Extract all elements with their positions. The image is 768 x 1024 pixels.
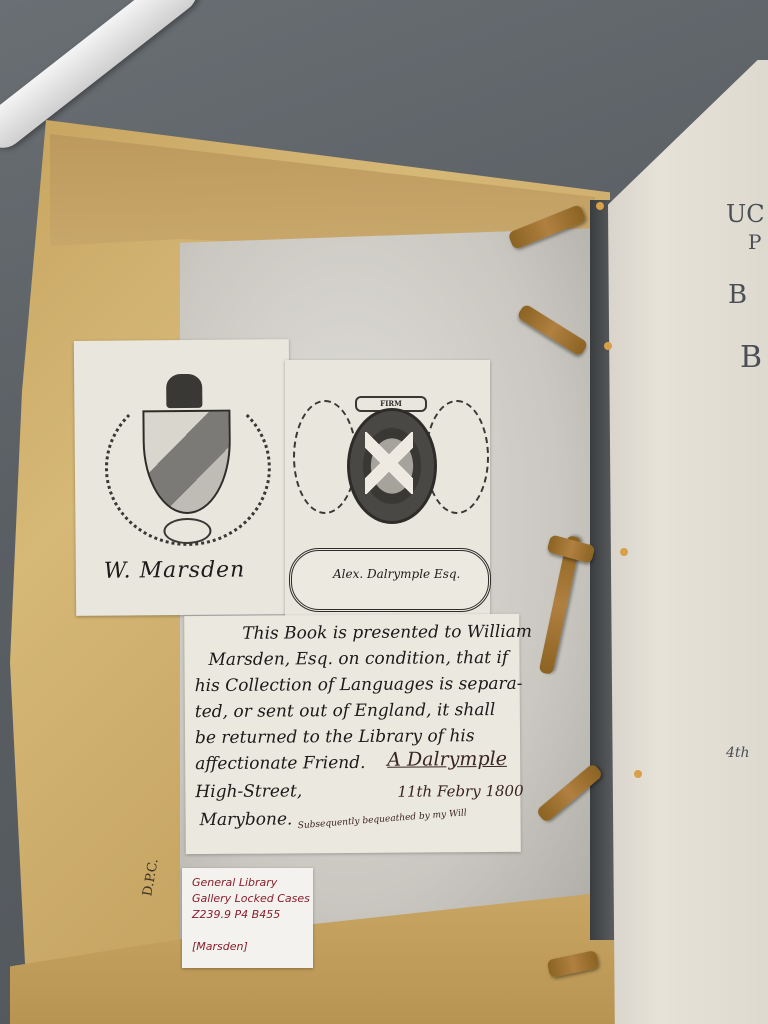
label-line: his Collection of Languages is separa- [195,674,523,696]
brass-pin [634,770,642,778]
label-line: be returned to the Library of his [195,726,475,748]
label-line: Marsden, Esq. on condition, that if [208,648,508,670]
presentation-label: This Book is presented to William Marsde… [184,614,521,854]
saltire-icon [365,432,413,494]
pencil-mark-b: B [728,280,747,310]
right-flyleaf: UC P B B 4th [608,60,768,1024]
shelfmark-line: [Marsden] [192,940,248,953]
date: 11th Febry 1800 [397,782,523,801]
label-line: ted, or sent out of England, it shall [195,700,496,722]
shelfmark-line: Z239.9 P4 B455 [192,908,280,921]
shelfmark-line: General Library [192,876,277,889]
pencil-mark-p: P [748,230,761,254]
helm-crest-icon [166,374,202,408]
signature: A Dalrymple [387,748,507,771]
bequest-annotation: Subsequently bequeathed by my Will [297,808,467,831]
brass-pin [604,342,612,350]
label-line: This Book is presented to William [242,622,532,644]
brass-pin [620,548,628,556]
bookplate-dalrymple: FIRM Alex. Dalrymple Esq. [285,360,490,622]
pencil-mark-uc: UC [726,200,765,228]
bookplate-marsden: W. Marsden [74,339,291,616]
shelfmark-line: Gallery Locked Cases [192,892,310,905]
address-line: High-Street, [195,781,302,802]
address-line: Marybone. [200,809,293,830]
pencil-mark-b-script: B [740,340,762,375]
bookplate-owner-name: Alex. Dalrymple Esq. [333,567,460,581]
pencil-note: 4th [726,745,750,761]
label-line: affectionate Friend. [195,753,365,774]
shelfmark-card: General Library Gallery Locked Cases Z23… [182,868,313,968]
bookplate-owner-name: W. Marsden [104,557,246,583]
brass-pin [596,202,604,210]
